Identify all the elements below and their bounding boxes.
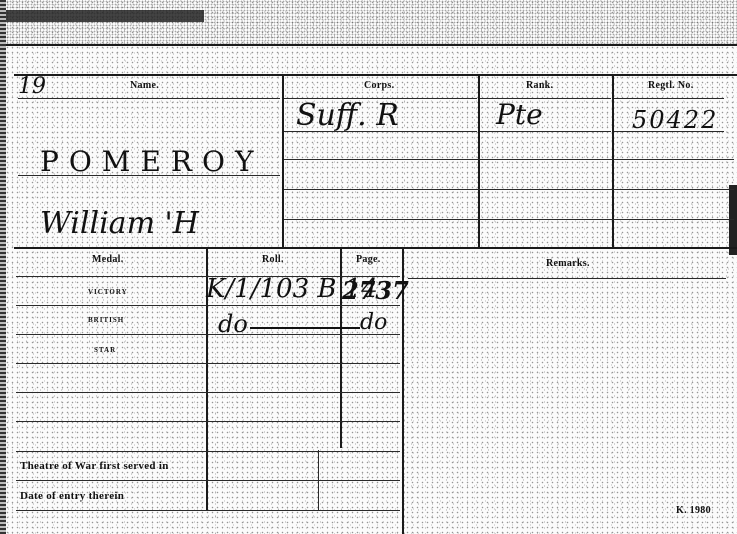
page-value: 2737 [342,276,409,305]
medal-header: Medal. [92,254,124,265]
row-line-2 [16,334,400,335]
row-line-8 [16,510,400,511]
scan-left-edge [0,0,6,534]
divider-rank-regtl [612,75,614,248]
ditto-stroke [250,327,360,329]
row-line-5 [16,421,400,422]
corps-line-1 [284,131,477,132]
row-line-3 [16,363,400,364]
divider-corps-rank [478,75,480,248]
rank-header: Rank. [526,80,553,91]
remarks-header: Remarks. [546,258,590,269]
medal-name: BRITISH [88,316,124,324]
row-line-4 [16,392,400,393]
date-label: Date of entry therein [20,490,124,502]
theatre-label: Theatre of War first served in [20,460,169,472]
surname-line [18,175,280,176]
rank-value: Pte [496,98,543,131]
scan-top-band [0,0,737,44]
divider-name-corps [282,75,284,248]
roll-header: Roll. [262,254,284,265]
row-line-1 [16,305,400,306]
remarks-header-underline [408,278,726,279]
form-code: K. 1980 [676,505,711,516]
forenames-value: William 'H [40,206,199,241]
medal-name: VICTORY [88,288,128,296]
header-top-line [14,74,737,76]
row-line-6 [16,451,400,452]
regtl-line-1 [614,131,724,132]
name-header: Name. [130,80,159,91]
corps-value: Suff. R [296,98,399,133]
scan-right-edge-mark [729,185,737,255]
row-line-7 [16,480,400,481]
name-header-underline [18,98,280,99]
regtl-header-underline [614,98,724,99]
page-value: do [360,310,387,335]
top-border-line [6,44,737,46]
regtl-no-header: Regtl. No. [648,80,694,91]
corps-header: Corps. [364,80,394,91]
section-divider-line [14,247,737,249]
card-number: 19 [18,74,46,99]
page-header: Page. [356,254,381,265]
surname-value: POMEROY [40,145,263,178]
corps-line-3 [284,189,734,190]
rank-line-1 [480,131,611,132]
regtl-no-value: 50422 [632,106,718,134]
corps-line-4 [284,219,734,220]
medal-name: STAR [94,346,116,354]
corps-line-2 [284,159,734,160]
scan-dark-bar [4,10,204,22]
remarks-area [406,280,728,510]
